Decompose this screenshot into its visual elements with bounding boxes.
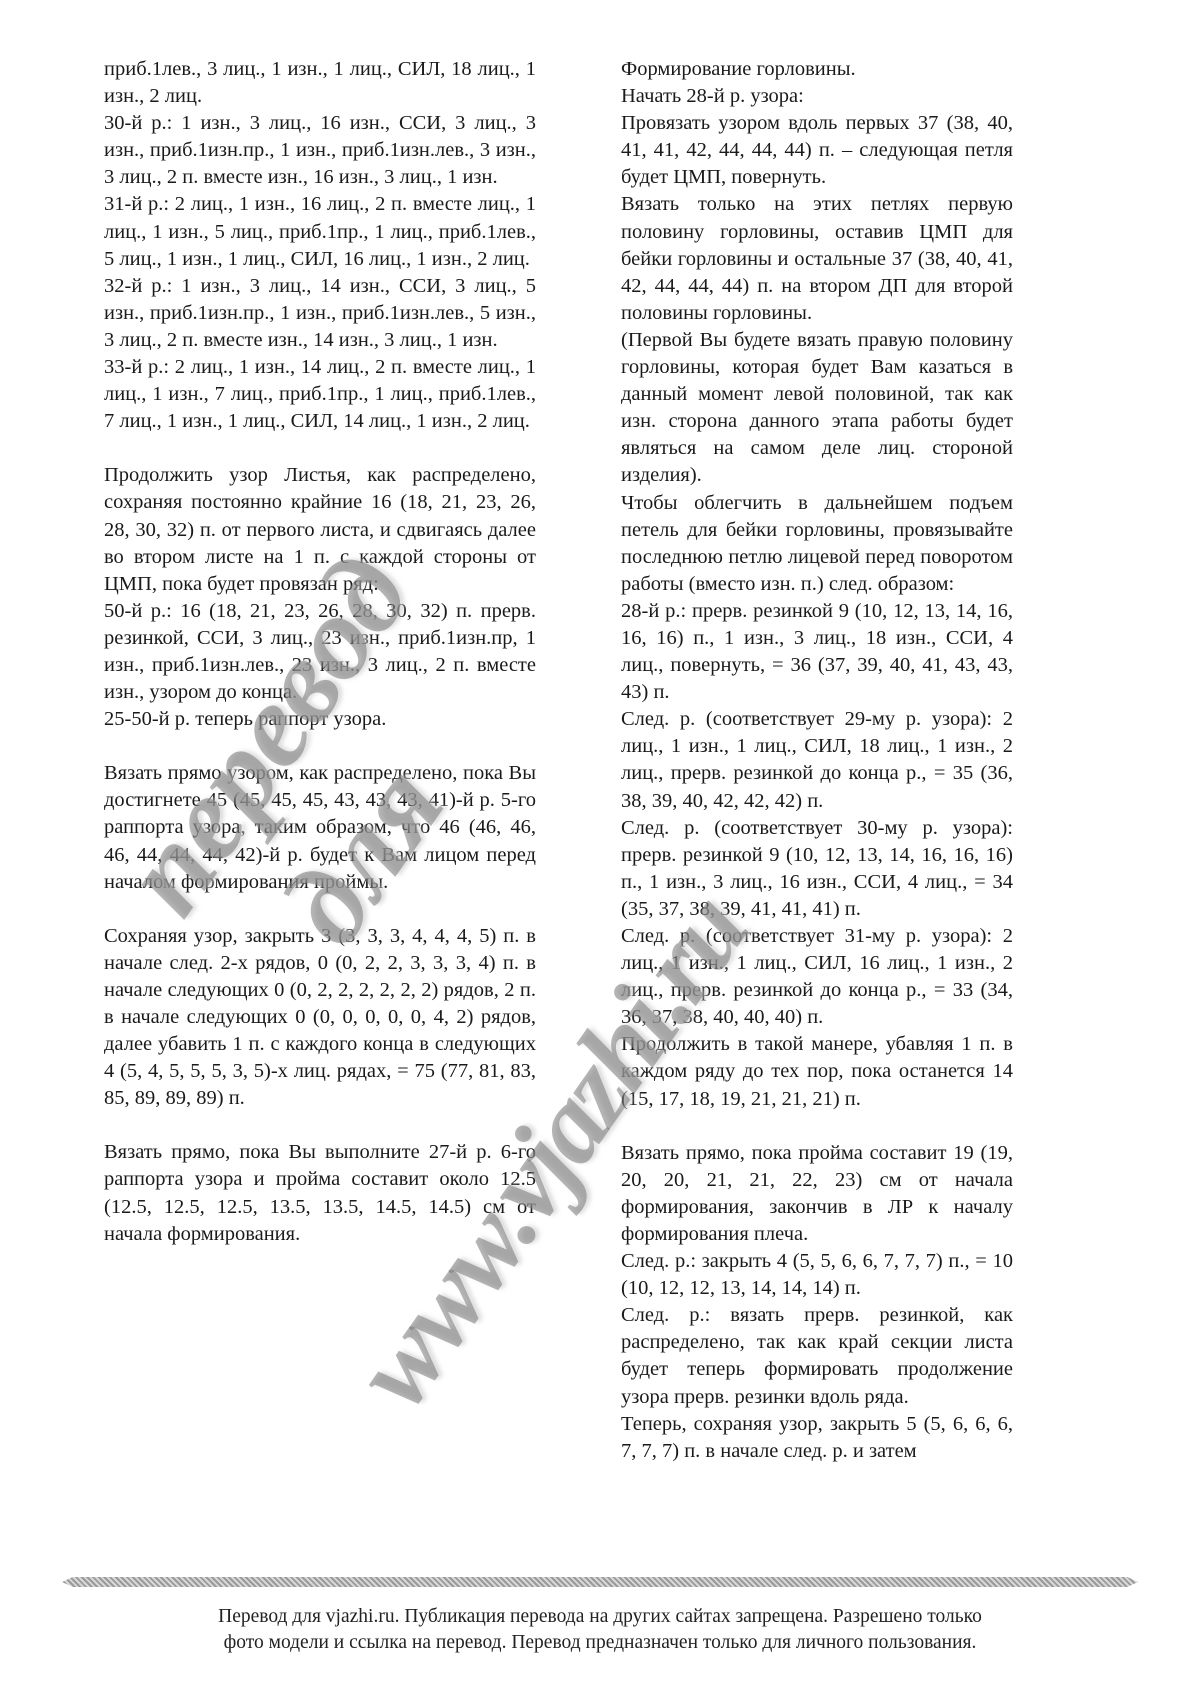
paragraph: Продолжить узор Листья, как распределено… xyxy=(104,462,536,597)
footer-line: Перевод для vjazhi.ru. Публикация перево… xyxy=(60,1604,1140,1630)
paragraph: 32-й р.: 1 изн., 3 лиц., 14 изн., ССИ, 3… xyxy=(104,273,536,354)
paragraph: След. р.: закрыть 4 (5, 5, 6, 6, 7, 7, 7… xyxy=(621,1248,1013,1302)
paragraph: След. р. (соответствует 30-му р. узора):… xyxy=(621,815,1013,923)
right-text-column: Формирование горловины.Начать 28-й р. уз… xyxy=(621,56,1013,1465)
paragraph: Провязать узором вдоль первых 37 (38, 40… xyxy=(621,110,1013,191)
footer-notice: Перевод для vjazhi.ru. Публикация перево… xyxy=(60,1604,1140,1656)
paragraph: 33-й р.: 2 лиц., 1 изн., 14 лиц., 2 п. в… xyxy=(104,354,536,435)
document-page: приб.1лев., 3 лиц., 1 изн., 1 лиц., СИЛ,… xyxy=(0,0,1200,1700)
paragraph: Вязать прямо узором, как распределено, п… xyxy=(104,760,536,895)
paragraph: 28-й р.: прерв. резинкой 9 (10, 12, 13, … xyxy=(621,598,1013,706)
footer-line: фото модели и ссылка на перевод. Перевод… xyxy=(60,1630,1140,1656)
paragraph: Начать 28-й р. узора: xyxy=(621,83,1013,110)
paragraph: Формирование горловины. xyxy=(621,56,1013,83)
left-text-column: приб.1лев., 3 лиц., 1 изн., 1 лиц., СИЛ,… xyxy=(104,56,536,1248)
paragraph: 50-й р.: 16 (18, 21, 23, 26, 28, 30, 32)… xyxy=(104,598,536,706)
paragraph: След. р. (соответствует 29-му р. узора):… xyxy=(621,706,1013,814)
paragraph: След. р.: вязать прерв. резинкой, как ра… xyxy=(621,1302,1013,1410)
paragraph: 25-50-й р. теперь раппорт узора. xyxy=(104,706,536,733)
paragraph: Вязать прямо, пока Вы выполните 27-й р. … xyxy=(104,1139,536,1247)
paragraph: (Первой Вы будете вязать правую половину… xyxy=(621,327,1013,490)
paragraph: Теперь, сохраняя узор, закрыть 5 (5, 6, … xyxy=(621,1411,1013,1465)
paragraph: 30-й р.: 1 изн., 3 лиц., 16 изн., ССИ, 3… xyxy=(104,110,536,191)
paragraph: Вязать только на этих петлях первую поло… xyxy=(621,191,1013,326)
paragraph: приб.1лев., 3 лиц., 1 изн., 1 лиц., СИЛ,… xyxy=(104,56,536,110)
paragraph: Сохраняя узор, закрыть 3 (3, 3, 3, 4, 4,… xyxy=(104,923,536,1113)
paragraph: Продолжить в такой манере, убавляя 1 п. … xyxy=(621,1031,1013,1112)
paragraph: Чтобы облегчить в дальнейшем подъем пете… xyxy=(621,490,1013,598)
paragraph: След. р. (соответствует 31-му р. узора):… xyxy=(621,923,1013,1031)
paragraph: Вязать прямо, пока пройма составит 19 (1… xyxy=(621,1140,1013,1248)
paragraph: 31-й р.: 2 лиц., 1 изн., 16 лиц., 2 п. в… xyxy=(104,191,536,272)
footer-divider xyxy=(62,1577,1138,1587)
